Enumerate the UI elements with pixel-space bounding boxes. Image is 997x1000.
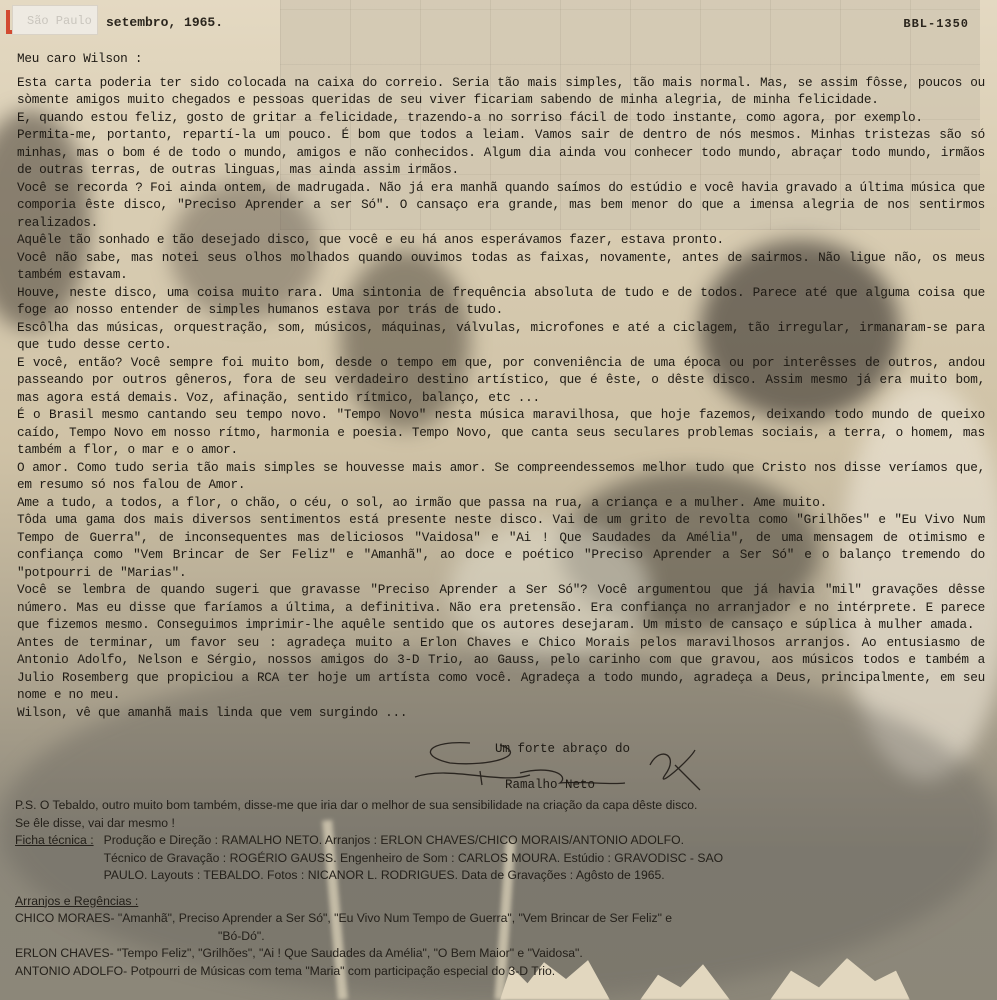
- arranger-name: ERLON CHAVES: [15, 945, 110, 963]
- arranjos-entry: ERLON CHAVES - "Tempo Feliz", "Grilhões"…: [15, 945, 985, 963]
- credits-section: Ficha técnica : Produção e Direção : RAM…: [15, 832, 985, 980]
- arranjos-entry: CHICO MORAES - "Amanhã", Preciso Aprende…: [15, 910, 985, 945]
- letter-paragraph: Você se lembra de quando sugeri que grav…: [17, 581, 985, 634]
- letter-paragraph: Permita-me, portanto, repartí-la um pouc…: [17, 126, 985, 179]
- letter-paragraph: Esta carta poderia ter sido colocada na …: [17, 74, 985, 109]
- ficha-tecnica-heading: Ficha técnica :: [15, 832, 94, 885]
- letter-paragraph: Escôlha das músicas, orquestração, som, …: [17, 319, 985, 354]
- letter-paragraph: Tôda uma gama dos mais diversos sentimen…: [17, 511, 985, 581]
- arranger-songs: - "Amanhã", Preciso Aprender a Ser Só", …: [110, 910, 672, 928]
- letter-greeting: Meu caro Wilson :: [17, 50, 985, 68]
- credit-line: Técnico de Gravação : ROGÉRIO GAUSS. Eng…: [104, 850, 724, 868]
- credit-line: PAULO. Layouts : TEBALDO. Fotos : NICANO…: [104, 867, 724, 885]
- letter-paragraph: Houve, neste disco, uma coisa muito rara…: [17, 284, 985, 319]
- letter-paragraph: O amor. Como tudo seria tão mais simples…: [17, 459, 985, 494]
- letter-paragraph: Wilson, vê que amanhã mais linda que vem…: [17, 704, 985, 722]
- letter-paragraph: Antes de terminar, um favor seu : agrade…: [17, 634, 985, 704]
- ficha-tecnica: Ficha técnica : Produção e Direção : RAM…: [15, 832, 985, 885]
- letter-paragraph: Você não sabe, mas notei seus olhos molh…: [17, 249, 985, 284]
- place-sticker: São Paulo: [12, 5, 98, 35]
- arranjos-entry: ANTONIO ADOLFO - Potpourri de Músicas co…: [15, 963, 985, 981]
- arranjos-heading: Arranjos e Regências :: [15, 893, 985, 911]
- credit-line: Produção e Direção : RAMALHO NETO. Arran…: [104, 832, 724, 850]
- letter-paragraph: E, quando estou feliz, gosto de gritar a…: [17, 109, 985, 127]
- arranger-songs: - "Tempo Feliz", "Grilhões", "Ai ! Que S…: [110, 945, 583, 963]
- signer-name: Ramalho Neto: [505, 778, 595, 792]
- catalog-number: BBL-1350: [903, 17, 969, 31]
- letter-date: setembro, 1965.: [106, 15, 223, 30]
- letter-paragraph: Ame a tudo, a todos, a flor, o chão, o c…: [17, 494, 985, 512]
- closing-line: Um forte abraço do: [495, 742, 630, 756]
- arranger-songs-continued: "Bó-Dó".: [15, 928, 985, 946]
- album-back-cover: São Paulo setembro, 1965. BBL-1350 Meu c…: [0, 0, 997, 1000]
- arranger-songs: - Potpourri de Músicas com tema "Maria" …: [123, 963, 555, 981]
- arranger-name: CHICO MORAES: [15, 910, 110, 928]
- letter-body: Meu caro Wilson : Esta carta poderia ter…: [17, 50, 985, 721]
- arranger-name: ANTONIO ADOLFO: [15, 963, 123, 981]
- postscript-line: Se êle disse, vai dar mesmo !: [15, 815, 985, 833]
- postscript-line: P.S. O Tebaldo, outro muito bom também, …: [15, 797, 985, 815]
- signature-block: Um forte abraço do Ramalho Neto: [410, 735, 710, 795]
- letter-paragraph: Aquêle tão sonhado e tão desejado disco,…: [17, 231, 985, 249]
- letter-paragraph: Você se recorda ? Foi ainda ontem, de ma…: [17, 179, 985, 232]
- letter-paragraph: E você, então? Você sempre foi muito bom…: [17, 354, 985, 407]
- letter-paragraph: É o Brasil mesmo cantando seu tempo novo…: [17, 406, 985, 459]
- ficha-tecnica-body: Produção e Direção : RAMALHO NETO. Arran…: [104, 832, 724, 885]
- postscript: P.S. O Tebaldo, outro muito bom também, …: [15, 797, 985, 832]
